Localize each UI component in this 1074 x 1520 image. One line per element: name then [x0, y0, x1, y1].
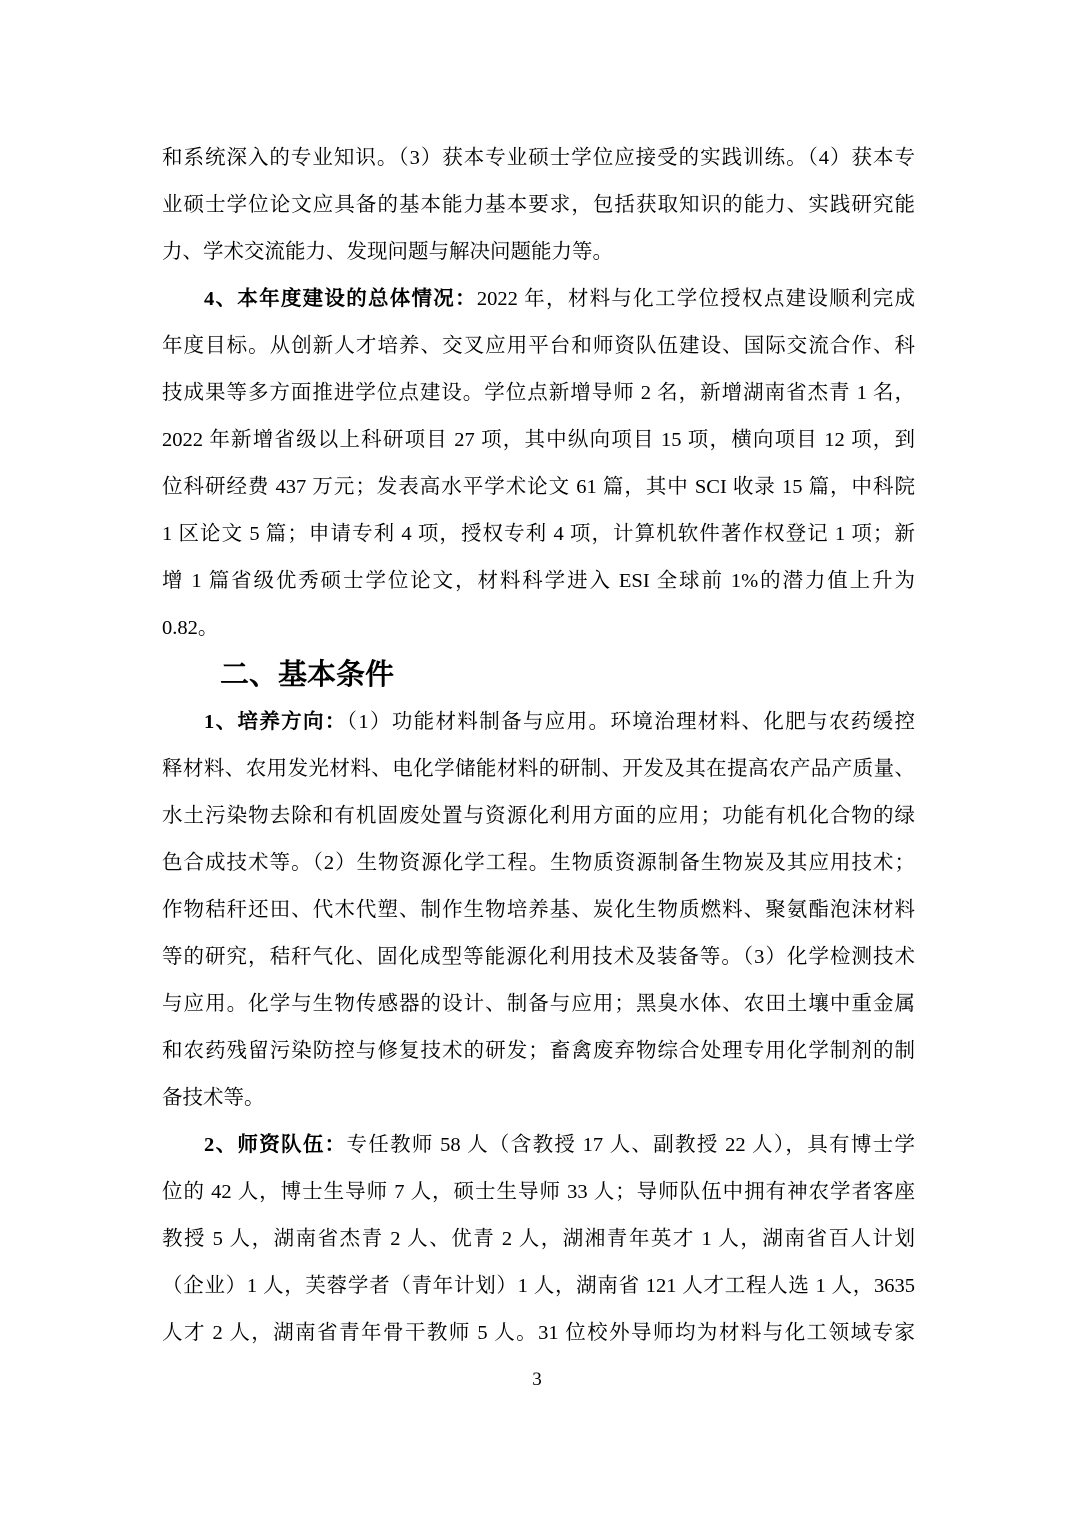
- text-line: 2、师资队伍：专任教师 58 人（含教授 17 人、副教授 22 人），具有博士…: [162, 1122, 915, 1169]
- paragraph-lead-bold: 4、本年度建设的总体情况：: [204, 288, 477, 310]
- paragraph-lead-rest: 2022 年，材料与化工学位授权点建设顺利完成: [477, 288, 915, 310]
- text-line: 力、学术交流能力、发现问题与解决问题能力等。: [162, 229, 915, 276]
- text-line: 教授 5 人，湖南省杰青 2 人、优青 2 人，湖湘青年英才 1 人，湖南省百人…: [162, 1216, 915, 1263]
- text-line: 色合成技术等。（2）生物资源化学工程。生物质资源制备生物炭及其应用技术；: [162, 840, 915, 887]
- text-line: 技成果等多方面推进学位点建设。学位点新增导师 2 名，新增湖南省杰青 1 名，: [162, 370, 915, 417]
- text-line: 4、本年度建设的总体情况：2022 年，材料与化工学位授权点建设顺利完成: [162, 276, 915, 323]
- text-line: 和系统深入的专业知识。（3）获本专业硕士学位应接受的实践训练。（4）获本专: [162, 135, 915, 182]
- paragraph-lead-bold: 2、师资队伍：: [204, 1134, 346, 1156]
- text-line: 年度目标。从创新人才培养、交叉应用平台和师资队伍建设、国际交流合作、科: [162, 323, 915, 370]
- text-line: 和农药残留污染防控与修复技术的研发；畜禽废弃物综合处理专用化学制剂的制: [162, 1028, 915, 1075]
- text-line: 0.82。: [162, 605, 915, 652]
- document-page: 和系统深入的专业知识。（3）获本专业硕士学位应接受的实践训练。（4）获本专 业硕…: [0, 0, 1074, 1520]
- paragraph: 4、本年度建设的总体情况：2022 年，材料与化工学位授权点建设顺利完成 年度目…: [162, 276, 915, 652]
- paragraph-lead-bold: 1、培养方向：: [204, 711, 347, 733]
- text-line: 水土污染物去除和有机固废处置与资源化利用方面的应用；功能有机化合物的绿: [162, 793, 915, 840]
- page-number: 3: [0, 1366, 1074, 1394]
- text-line: 人才 2 人，湖南省青年骨干教师 5 人。31 位校外导师均为材料与化工领域专家: [162, 1310, 915, 1357]
- text-line: 业硕士学位论文应具备的基本能力基本要求，包括获取知识的能力、实践研究能: [162, 182, 915, 229]
- text-line: 等的研究，秸秆气化、固化成型等能源化利用技术及装备等。（3）化学检测技术: [162, 934, 915, 981]
- paragraph-lead-rest: （1）功能材料制备与应用。环境治理材料、化肥与农药缓控: [347, 711, 915, 733]
- text-line: 1、培养方向：（1）功能材料制备与应用。环境治理材料、化肥与农药缓控: [162, 699, 915, 746]
- paragraph: 1、培养方向：（1）功能材料制备与应用。环境治理材料、化肥与农药缓控 释材料、农…: [162, 699, 915, 1122]
- paragraph-lead-rest: 专任教师 58 人（含教授 17 人、副教授 22 人），具有博士学: [346, 1134, 915, 1156]
- text-line: 备技术等。: [162, 1075, 915, 1122]
- text-line: 2022 年新增省级以上科研项目 27 项，其中纵向项目 15 项，横向项目 1…: [162, 417, 915, 464]
- text-line: 作物秸秆还田、代木代塑、制作生物培养基、炭化生物质燃料、聚氨酯泡沫材料: [162, 887, 915, 934]
- text-line: 与应用。化学与生物传感器的设计、制备与应用；黑臭水体、农田土壤中重金属: [162, 981, 915, 1028]
- paragraph: 和系统深入的专业知识。（3）获本专业硕士学位应接受的实践训练。（4）获本专 业硕…: [162, 135, 915, 276]
- text-line: 增 1 篇省级优秀硕士学位论文，材料科学进入 ESI 全球前 1%的潜力值上升为: [162, 558, 915, 605]
- text-line: 位的 42 人，博士生导师 7 人，硕士生导师 33 人；导师队伍中拥有神农学者…: [162, 1169, 915, 1216]
- text-line: （企业）1 人，芙蓉学者（青年计划）1 人，湖南省 121 人才工程人选 1 人…: [162, 1263, 915, 1310]
- section-heading: 二、基本条件: [162, 652, 915, 699]
- document-content: 和系统深入的专业知识。（3）获本专业硕士学位应接受的实践训练。（4）获本专 业硕…: [162, 135, 915, 1357]
- text-line: 位科研经费 437 万元；发表高水平学术论文 61 篇，其中 SCI 收录 15…: [162, 464, 915, 511]
- text-line: 1 区论文 5 篇；申请专利 4 项，授权专利 4 项，计算机软件著作权登记 1…: [162, 511, 915, 558]
- text-line: 释材料、农用发光材料、电化学储能材料的研制、开发及其在提高农产品产质量、: [162, 746, 915, 793]
- paragraph: 2、师资队伍：专任教师 58 人（含教授 17 人、副教授 22 人），具有博士…: [162, 1122, 915, 1357]
